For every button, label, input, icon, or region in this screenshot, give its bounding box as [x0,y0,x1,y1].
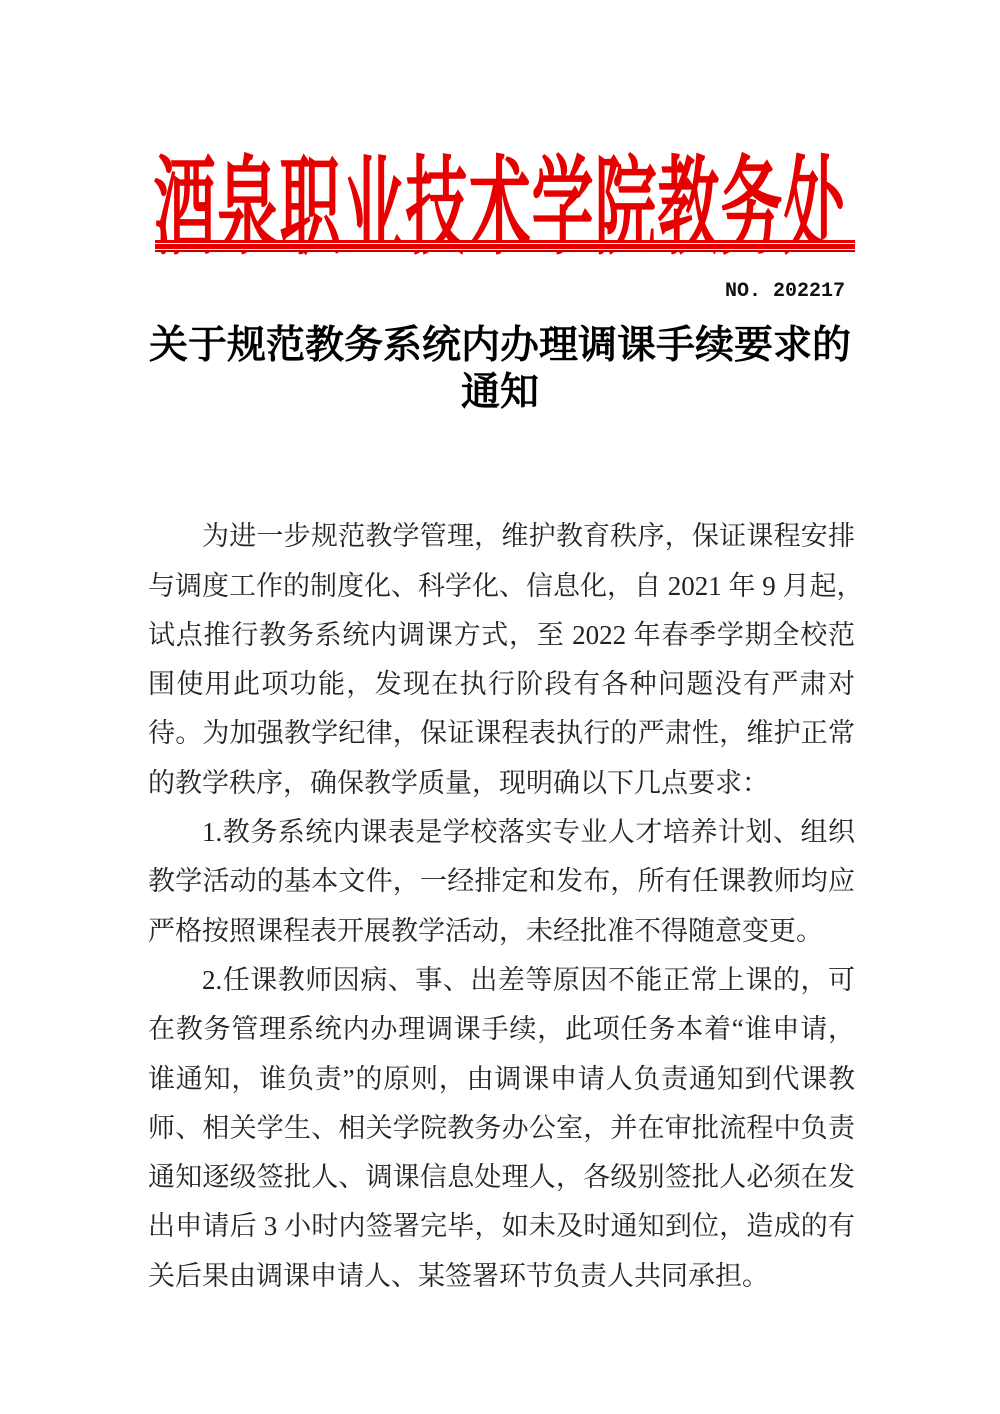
body-line: 谁通知，谁负责”的原则，由调课申请人负责通知到代课教 [148,1055,855,1104]
body-line: 通知逐级签批人、调课信息处理人，各级别签批人必须在发 [148,1153,855,1202]
body-line: 试点推行教务系统内调课方式，至 2022 年春季学期全校范 [148,611,855,660]
body-line: 严格按照课程表开展教学活动，未经批准不得随意变更。 [148,907,855,956]
body-line: 关后果由调课申请人、某签署环节负责人共同承担。 [148,1252,855,1301]
document-title-line-2: 通知 [0,369,1000,416]
letterhead-separator-rule [155,240,855,252]
body-line: 教学活动的基本文件，一经排定和发布，所有任课教师均应 [148,857,855,906]
body-line: 的教学秩序，确保教学质量，现明确以下几点要求： [148,759,855,808]
body-line: 待。为加强教学纪律，保证课程表执行的严肃性，维护正常 [148,709,855,758]
body-line: 出申请后 3 小时内签署完毕，如未及时通知到位，造成的有 [148,1202,855,1251]
body-line: 1.教务系统内课表是学校落实专业人才培养计划、组织 [148,808,855,857]
letterhead-title: 酒泉职业技术学院教务处 [0,122,1000,275]
body-leading-space [148,463,855,512]
body-line: 与调度工作的制度化、科学化、信息化，自 2021 年 9 月起， [148,562,855,611]
document-title-line-1: 关于规范教务系统内办理调课手续要求的 [0,322,1000,369]
body-line: 2.任课教师因病、事、出差等原因不能正常上课的，可 [148,956,855,1005]
body-line: 师、相关学生、相关学院教务办公室，并在审批流程中负责 [148,1104,855,1153]
document-page: 酒泉职业技术学院教务处 NO. 202217 关于规范教务系统内办理调课手续要求… [0,0,1000,1414]
document-body: 为进一步规范教学管理，维护教育秩序，保证课程安排 与调度工作的制度化、科学化、信… [148,463,855,1301]
body-line: 为进一步规范教学管理，维护教育秩序，保证课程安排 [148,512,855,561]
body-line: 在教务管理系统内办理调课手续，此项任务本着“谁申请， [148,1005,855,1054]
document-number: NO. 202217 [725,280,845,303]
document-title: 关于规范教务系统内办理调课手续要求的 通知 [0,322,1000,416]
body-line: 围使用此项功能，发现在执行阶段有各种问题没有严肃对 [148,660,855,709]
